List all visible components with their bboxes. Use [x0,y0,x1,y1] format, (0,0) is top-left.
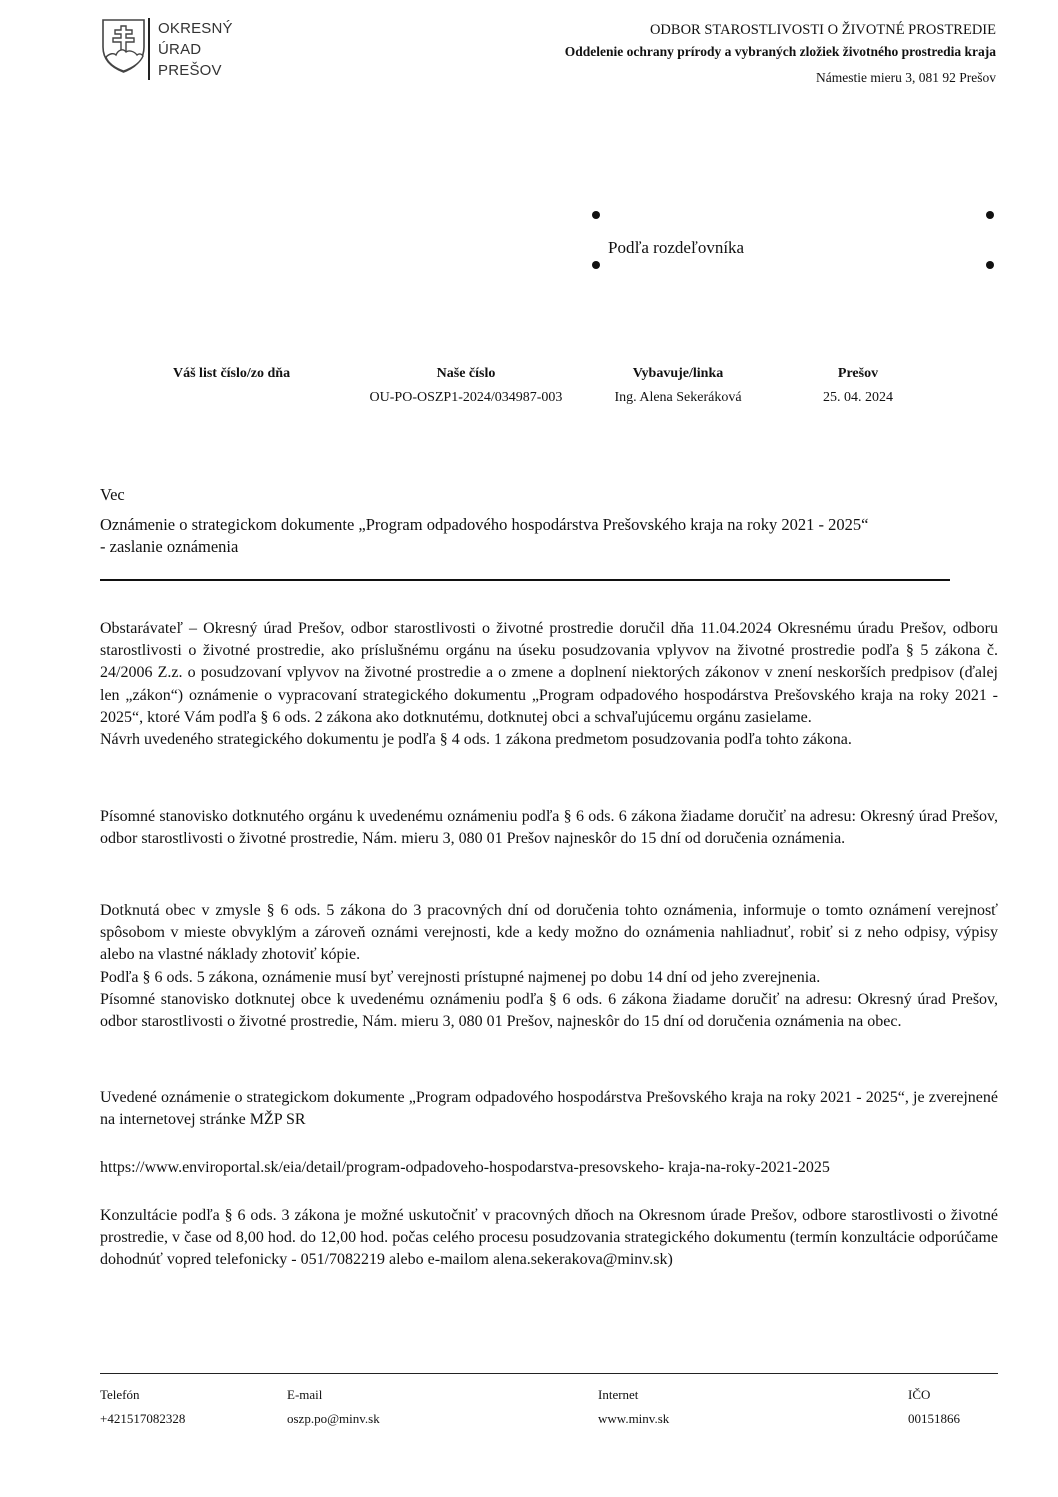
logo-divider [148,18,150,80]
footer-internet: Internet www.minv.sk [598,1383,669,1431]
subject-title: Oznámenie o strategickom dokumente „Prog… [100,514,980,536]
handled-by-column: Vybavuje/linka Ing. Alena Sekeráková [588,362,768,410]
footer-ico: IČO 00151866 [908,1383,960,1431]
body-paragraph-1: Obstarávateľ – Okresný úrad Prešov, odbo… [100,618,998,751]
url-text[interactable]: https://www.enviroportal.sk/eia/detail/p… [100,1157,998,1179]
paragraph: Písomné stanovisko dotknutej obce k uved… [100,989,998,1033]
subject-label: Vec [100,485,125,505]
date-value: 25. 04. 2024 [808,386,908,410]
subject: Oznámenie o strategickom dokumente „Prog… [100,514,980,558]
org-name-line: PREŠOV [158,60,233,81]
address-window-corner [592,261,600,269]
paragraph: Písomné stanovisko dotknutého orgánu k u… [100,806,998,850]
address-window-corner [986,261,994,269]
department-header: ODBOR STAROSTLIVOSTI O ŽIVOTNÉ PROSTREDI… [476,19,996,89]
phone-value: +421517082328 [100,1407,185,1431]
internet-label: Internet [598,1383,669,1407]
email-value[interactable]: oszp.po@minv.sk [287,1407,380,1431]
footer-phone: Telefón +421517082328 [100,1383,185,1431]
ico-value: 00151866 [908,1407,960,1431]
department-address: Námestie mieru 3, 081 92 Prešov [476,67,996,89]
ico-label: IČO [908,1383,960,1407]
our-number-column: Naše číslo OU-PO-OSZP1-2024/034987-003 [356,362,576,410]
body-paragraph-3: Dotknutá obec v zmysle § 6 ods. 5 zákona… [100,900,998,1033]
subject-subtitle: - zaslanie oznámenia [100,536,980,558]
body-paragraph-5: Konzultácie podľa § 6 ods. 3 zákona je m… [100,1205,998,1272]
paragraph: Dotknutá obec v zmysle § 6 ods. 5 zákona… [100,900,998,967]
slovak-coat-of-arms-icon [100,17,152,75]
phone-label: Telefón [100,1383,185,1407]
section-name: Oddelenie ochrany prírody a vybraných zl… [476,42,996,62]
footer-divider [100,1373,998,1374]
place-label: Prešov [808,362,908,386]
enviroportal-link[interactable]: https://www.enviroportal.sk/eia/detail/p… [100,1157,998,1179]
body-paragraph-4: Uvedené oznámenie o strategickom dokumen… [100,1087,998,1131]
paragraph: Konzultácie podľa § 6 ods. 3 zákona je m… [100,1205,998,1272]
paragraph: Návrh uvedeného strategického dokumentu … [100,729,998,751]
your-letter-column: Váš list číslo/zo dňa [173,362,290,386]
address-window-corner [986,211,994,219]
paragraph: Uvedené oznámenie o strategickom dokumen… [100,1087,998,1131]
internet-value[interactable]: www.minv.sk [598,1407,669,1431]
date-column: Prešov 25. 04. 2024 [808,362,908,410]
address-window-corner [592,211,600,219]
email-label: E-mail [287,1383,380,1407]
subject-underline [100,579,950,581]
handled-by-value: Ing. Alena Sekeráková [588,386,768,410]
our-number-label: Naše číslo [356,362,576,386]
footer-email: E-mail oszp.po@minv.sk [287,1383,380,1431]
paragraph: Obstarávateľ – Okresný úrad Prešov, odbo… [100,618,998,729]
org-name: OKRESNÝ ÚRAD PREŠOV [158,18,233,81]
org-name-line: OKRESNÝ [158,18,233,39]
department-name: ODBOR STAROSTLIVOSTI O ŽIVOTNÉ PROSTREDI… [476,19,996,41]
recipient: Podľa rozdeľovníka [608,238,744,258]
paragraph: Podľa § 6 ods. 5 zákona, oznámenie musí … [100,967,998,989]
our-number-value: OU-PO-OSZP1-2024/034987-003 [356,386,576,410]
org-name-line: ÚRAD [158,39,233,60]
body-paragraph-2: Písomné stanovisko dotknutého orgánu k u… [100,806,998,850]
handled-by-label: Vybavuje/linka [588,362,768,386]
your-letter-label: Váš list číslo/zo dňa [173,362,290,386]
